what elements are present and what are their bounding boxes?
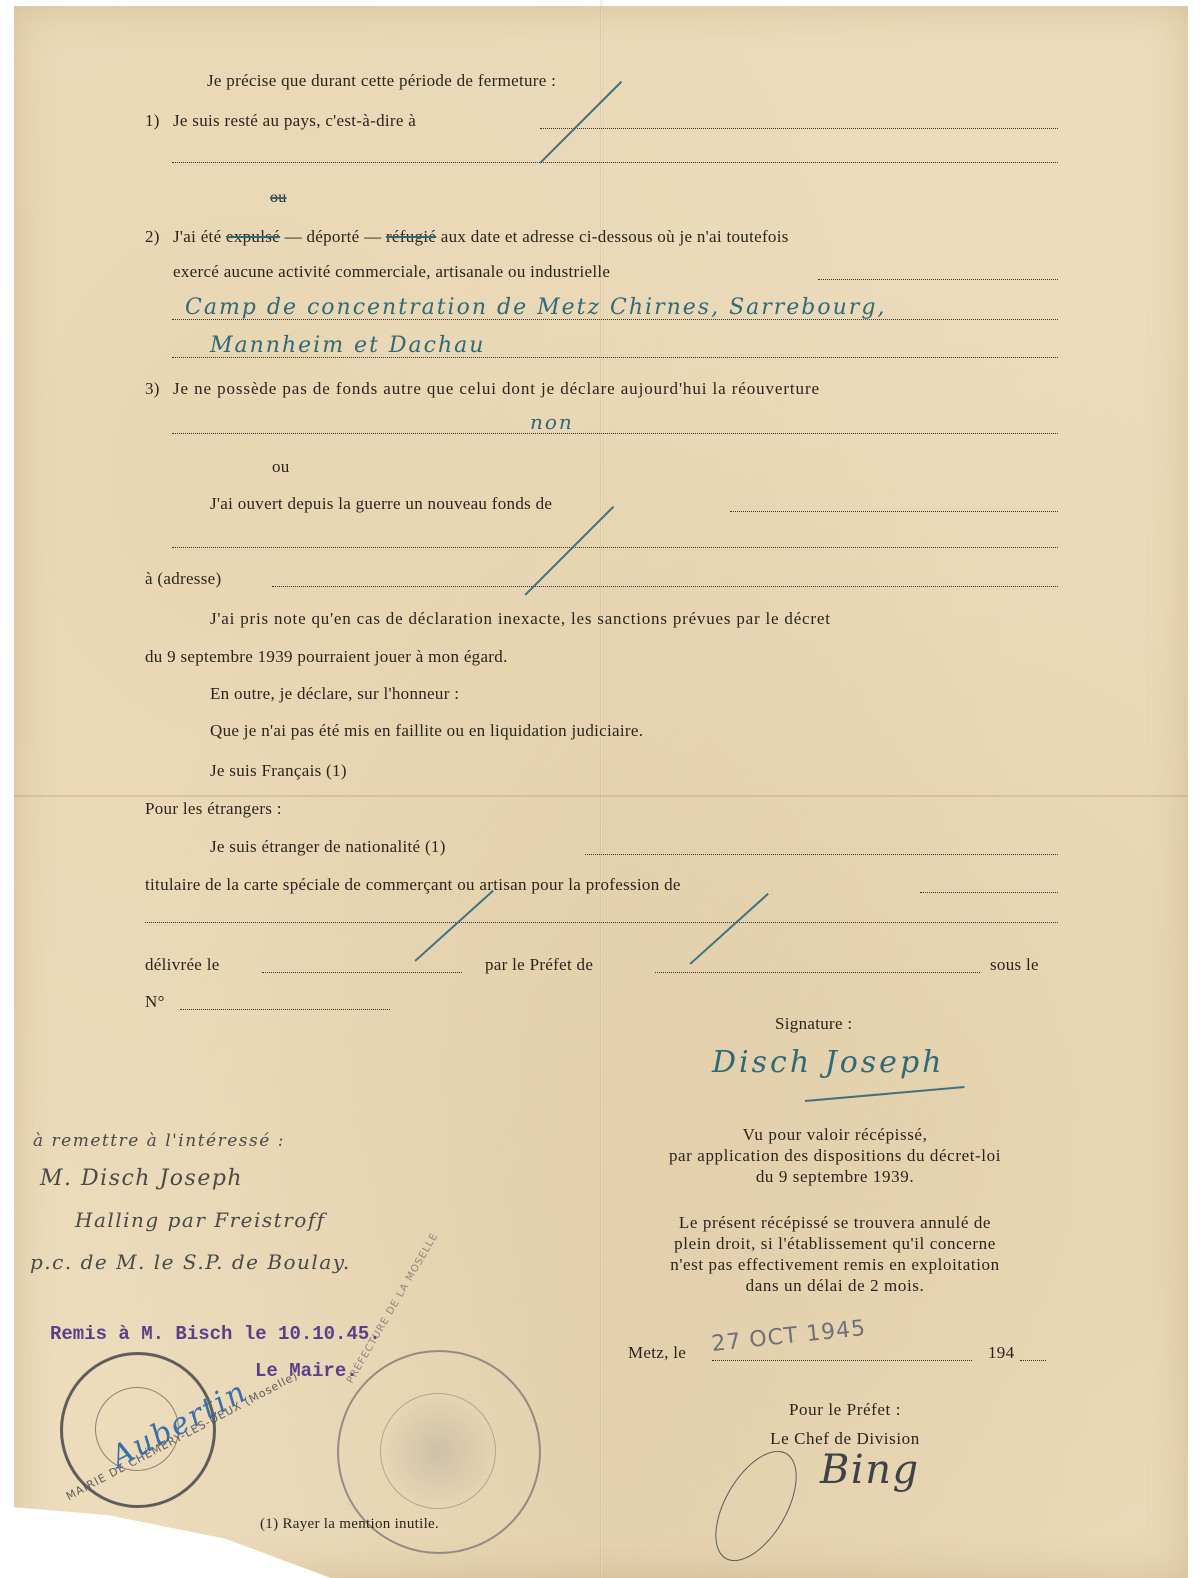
- recipient-address: Halling par Freistroff: [75, 1210, 326, 1230]
- sanctions-line1: J'ai pris note qu'en cas de déclaration …: [210, 610, 831, 627]
- item1-label: 1): [145, 112, 160, 129]
- item3-handwritten-non: non: [530, 412, 574, 432]
- foreign-nationality-text: Je suis étranger de nationalité (1): [210, 838, 446, 855]
- item2-fill-line: [818, 279, 1058, 280]
- item2-prefix: J'ai été: [173, 227, 221, 246]
- item2-handwritten-camps: Camp de concentration de Metz Chirnes, S…: [185, 297, 886, 319]
- item2-suffix: aux date et adresse ci-dessous où je n'a…: [441, 227, 789, 246]
- item1-fill-line-2: [172, 162, 1058, 163]
- item2-line2: exercé aucune activité commerciale, arti…: [173, 263, 610, 280]
- for-prefect: Pour le Préfet :: [675, 1395, 1015, 1424]
- no-bankruptcy-text: Que je n'ai pas été mis en faillite ou e…: [210, 722, 643, 739]
- new-fund-text: J'ai ouvert depuis la guerre un nouveau …: [210, 495, 552, 512]
- receipt-line2: par application des dispositions du décr…: [605, 1145, 1065, 1166]
- item2-struck-refugie: réfugié: [386, 227, 436, 246]
- item3-text: Je ne possède pas de fonds autre que cel…: [173, 380, 820, 397]
- chief-signature: Bing: [820, 1450, 920, 1490]
- year-prefix: 194: [988, 1344, 1014, 1361]
- validity-line3: n'est pas effectivement remis en exploit…: [605, 1254, 1065, 1275]
- address-label: à (adresse): [145, 570, 221, 587]
- item2-fill-line-3: [172, 357, 1058, 358]
- via-note: p.c. de M. le S.P. de Boulay.: [30, 1252, 351, 1272]
- receipt-block: Vu pour valoir récépissé, par applicatio…: [605, 1124, 1065, 1187]
- new-fund-fill-line-2: [172, 547, 1058, 548]
- number-label: N°: [145, 993, 165, 1010]
- receipt-line3: du 9 septembre 1939.: [605, 1166, 1065, 1187]
- validity-line4: dans un délai de 2 mois.: [605, 1275, 1065, 1296]
- item1-text: Je suis resté au pays, c'est-à-dire à: [173, 112, 416, 129]
- prefecture-seal-emblem: [380, 1393, 496, 1509]
- issued-on-fill-line: [262, 972, 462, 973]
- address-fill-line: [272, 586, 1058, 587]
- foreign-nationality-fill-line: [585, 854, 1058, 855]
- footnote: (1) Rayer la mention inutile.: [260, 1517, 439, 1532]
- horizontal-fold: [14, 795, 1188, 797]
- item2-fill-line-2: [172, 319, 1058, 320]
- prefect-fill-line: [655, 972, 980, 973]
- item2-handwritten-cities: Mannheim et Dachau: [210, 335, 485, 357]
- item3-label: 3): [145, 380, 160, 397]
- new-fund-fill-line: [730, 511, 1058, 512]
- issued-on-label: délivrée le: [145, 956, 220, 973]
- honour-text: En outre, je déclare, sur l'honneur :: [210, 685, 459, 702]
- profession-fill-line-2: [145, 922, 1058, 923]
- item2-dash-2: —: [364, 227, 381, 246]
- foreigners-header: Pour les étrangers :: [145, 800, 282, 817]
- profession-fill-line: [920, 892, 1058, 893]
- validity-block: Le présent récépissé se trouvera annulé …: [605, 1212, 1065, 1296]
- receipt-line1: Vu pour valoir récépissé,: [605, 1124, 1065, 1145]
- ou-2: ou: [272, 458, 290, 475]
- typed-remis-note: Remis à M. Bisch le 10.10.45.: [50, 1325, 381, 1344]
- validity-line2: plein droit, si l'établissement qu'il co…: [605, 1233, 1065, 1254]
- deliver-to-note: à remettre à l'intéressé :: [33, 1133, 285, 1150]
- applicant-signature: Disch Joseph: [712, 1048, 944, 1078]
- item2-dash-1: —: [285, 227, 302, 246]
- sanctions-line2: du 9 septembre 1939 pourraient jouer à m…: [145, 648, 508, 665]
- year-fill-line: [1020, 1360, 1046, 1361]
- typed-maire: Le Maire.: [255, 1362, 358, 1381]
- french-nationality-text: Je suis Français (1): [210, 762, 347, 779]
- item3-fill-line: [172, 433, 1058, 434]
- ou-1-crossed: ou: [270, 190, 287, 206]
- number-fill-line: [180, 1009, 390, 1010]
- validity-line1: Le présent récépissé se trouvera annulé …: [605, 1212, 1065, 1233]
- recipient-name: M. Disch Joseph: [40, 1168, 243, 1190]
- prefect-block: Pour le Préfet : Le Chef de Division: [675, 1395, 1015, 1453]
- item2-kept-deporte: déporté: [306, 227, 359, 246]
- card-holder-text: titulaire de la carte spéciale de commer…: [145, 876, 681, 893]
- place-date-prefix: Metz, le: [628, 1344, 686, 1361]
- item2-label: 2): [145, 228, 160, 245]
- item1-fill-line: [540, 128, 1058, 129]
- item2-struck-expulse: expulsé: [226, 227, 280, 246]
- by-prefect-label: par le Préfet de: [485, 956, 593, 973]
- item2-line1: J'ai été expulsé — déporté — réfugié aux…: [173, 228, 789, 245]
- intro-text: Je précise que durant cette période de f…: [207, 72, 556, 89]
- signature-label: Signature :: [775, 1015, 852, 1032]
- date-fill-line: [712, 1360, 972, 1361]
- under-label: sous le: [990, 956, 1039, 973]
